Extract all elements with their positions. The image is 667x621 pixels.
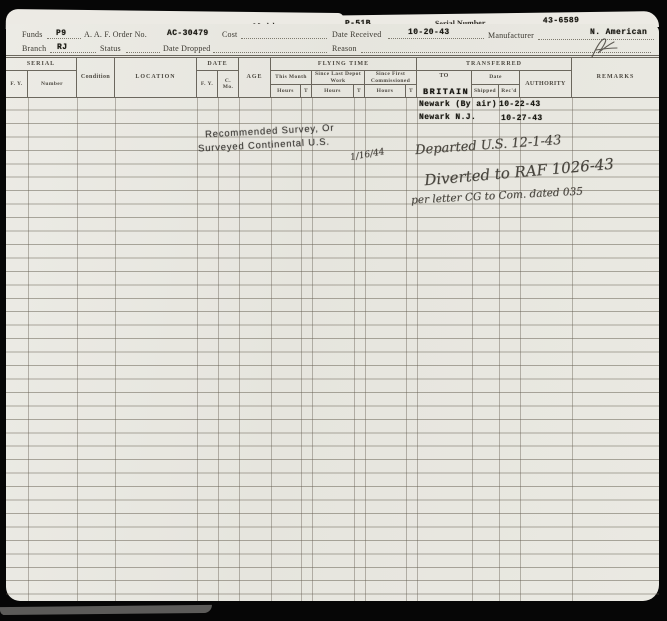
transfer-row-to: Newark N.J.: [419, 113, 476, 122]
transfer-row-shipped: 10-27-43: [501, 114, 543, 123]
handwritten-note: Departed U.S. 12-1-43: [415, 133, 562, 158]
handwritten-note: Diverted to RAF 1026-43: [424, 155, 615, 189]
handwritten-note: per letter CG to Com. dated 035: [411, 186, 583, 207]
entries-layer: Newark (By air) 10-22-43 Newark N.J. 10-…: [0, 0, 667, 621]
transfer-row-shipped: 10-22-43: [499, 100, 541, 109]
transfer-row-to: Newark (By air): [419, 100, 497, 109]
survey-stamp-date: 1/16/44: [349, 147, 385, 163]
